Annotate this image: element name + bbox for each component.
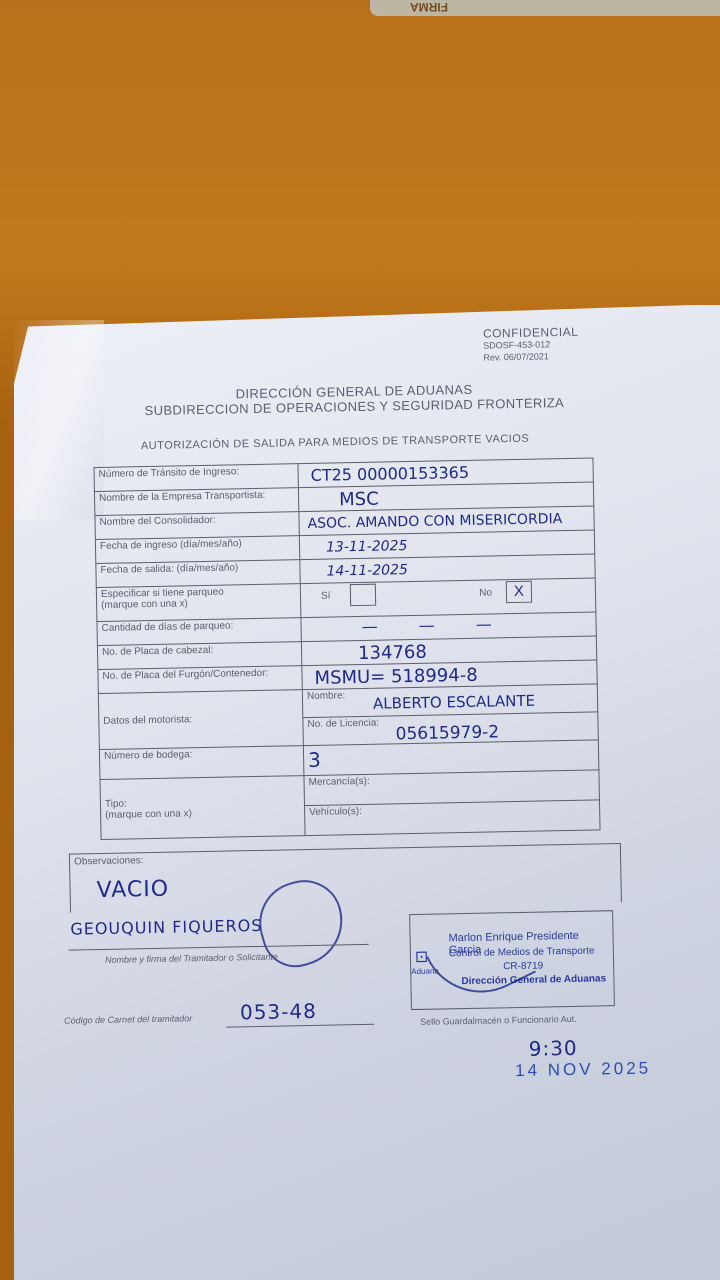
parking-label: Especificar si tiene parqueo(marque con …: [96, 584, 301, 622]
exit-date-value: 14-11-2025: [326, 562, 408, 580]
warehouse-value: 3: [308, 748, 321, 772]
driver-name-value: ALBERTO ESCALANTE: [373, 692, 535, 713]
document: CONFIDENCIAL SDOSF-453-012 Rev. 06/07/20…: [0, 0, 720, 1280]
driver-license-label: No. de Licencia:: [307, 718, 379, 730]
observations-box[interactable]: Observaciones: VACIO: [69, 843, 622, 913]
stamp-time: 9:30: [528, 1036, 577, 1061]
parking-cell: Sí NoX: [300, 578, 596, 618]
driver-license-value: 05615979-2: [395, 722, 499, 744]
stamp-date: 14 NOV 2025: [515, 1058, 651, 1081]
type-label-line-2: (marque con una x): [105, 806, 300, 821]
parking-days-value: — — —: [361, 614, 510, 636]
signature-label: Nombre y firma del Tramitador o Solicita…: [105, 952, 278, 965]
type-vehicles-label: Vehículo(s):: [309, 806, 362, 818]
company-value: MSC: [339, 489, 379, 511]
parking-yes-checkbox[interactable]: [350, 584, 376, 606]
type-goods-label: Mercancía(s):: [308, 776, 369, 788]
parking-label-line-2: (marque con una x): [101, 596, 296, 611]
observations-label: Observaciones:: [74, 855, 144, 867]
parking-yes-label: Sí: [321, 590, 331, 601]
transit-number-value: CT25 00000153365: [310, 463, 469, 485]
warehouse-label: Número de bodega:: [99, 746, 304, 780]
type-vehicles-cell[interactable]: Vehículo(s):: [305, 800, 601, 836]
consolidator-value: ASOC. AMANDO CON MISERICORDIA: [307, 511, 562, 532]
driver-label: Datos del motorista:: [98, 690, 303, 750]
observations-value: VACIO: [96, 877, 169, 903]
official-stamp: ⊡ Aduana Marlon Enrique Presidente Garci…: [409, 910, 615, 1010]
type-label: Tipo:(marque con una x): [100, 776, 305, 840]
parking-no-checkbox[interactable]: X: [506, 581, 532, 603]
confidential-label: CONFIDENCIAL: [483, 326, 579, 340]
applicant-name: GEOUQUIN FIQUEROS: [70, 916, 262, 939]
driver-name-label: Nombre:: [307, 690, 346, 702]
org-header: DIRECCIÓN GENERAL DE ADUANAS SUBDIRECCIO…: [124, 380, 584, 419]
stamp-label: Sello Guardalmacén o Funcionario Aut.: [420, 1014, 577, 1027]
container-plate-value: MSMU= 518994-8: [314, 665, 477, 689]
authorization-form-table: Número de Tránsito de Ingreso: CT25 0000…: [93, 457, 600, 840]
head-plate-value: 134768: [358, 642, 427, 664]
carnet-line: [226, 1024, 374, 1028]
confidential-block: CONFIDENCIAL SDOSF-453-012 Rev. 06/07/20…: [483, 326, 579, 364]
carnet-value: 053-48: [240, 999, 317, 1024]
entry-date-value: 13-11-2025: [326, 538, 408, 556]
carnet-label: Código de Carnet del tramitador: [64, 1013, 192, 1025]
form-title: AUTORIZACIÓN DE SALIDA PARA MEDIOS DE TR…: [125, 432, 545, 452]
form-revision: Rev. 06/07/2021: [483, 350, 579, 364]
parking-no-label: No: [479, 587, 492, 598]
